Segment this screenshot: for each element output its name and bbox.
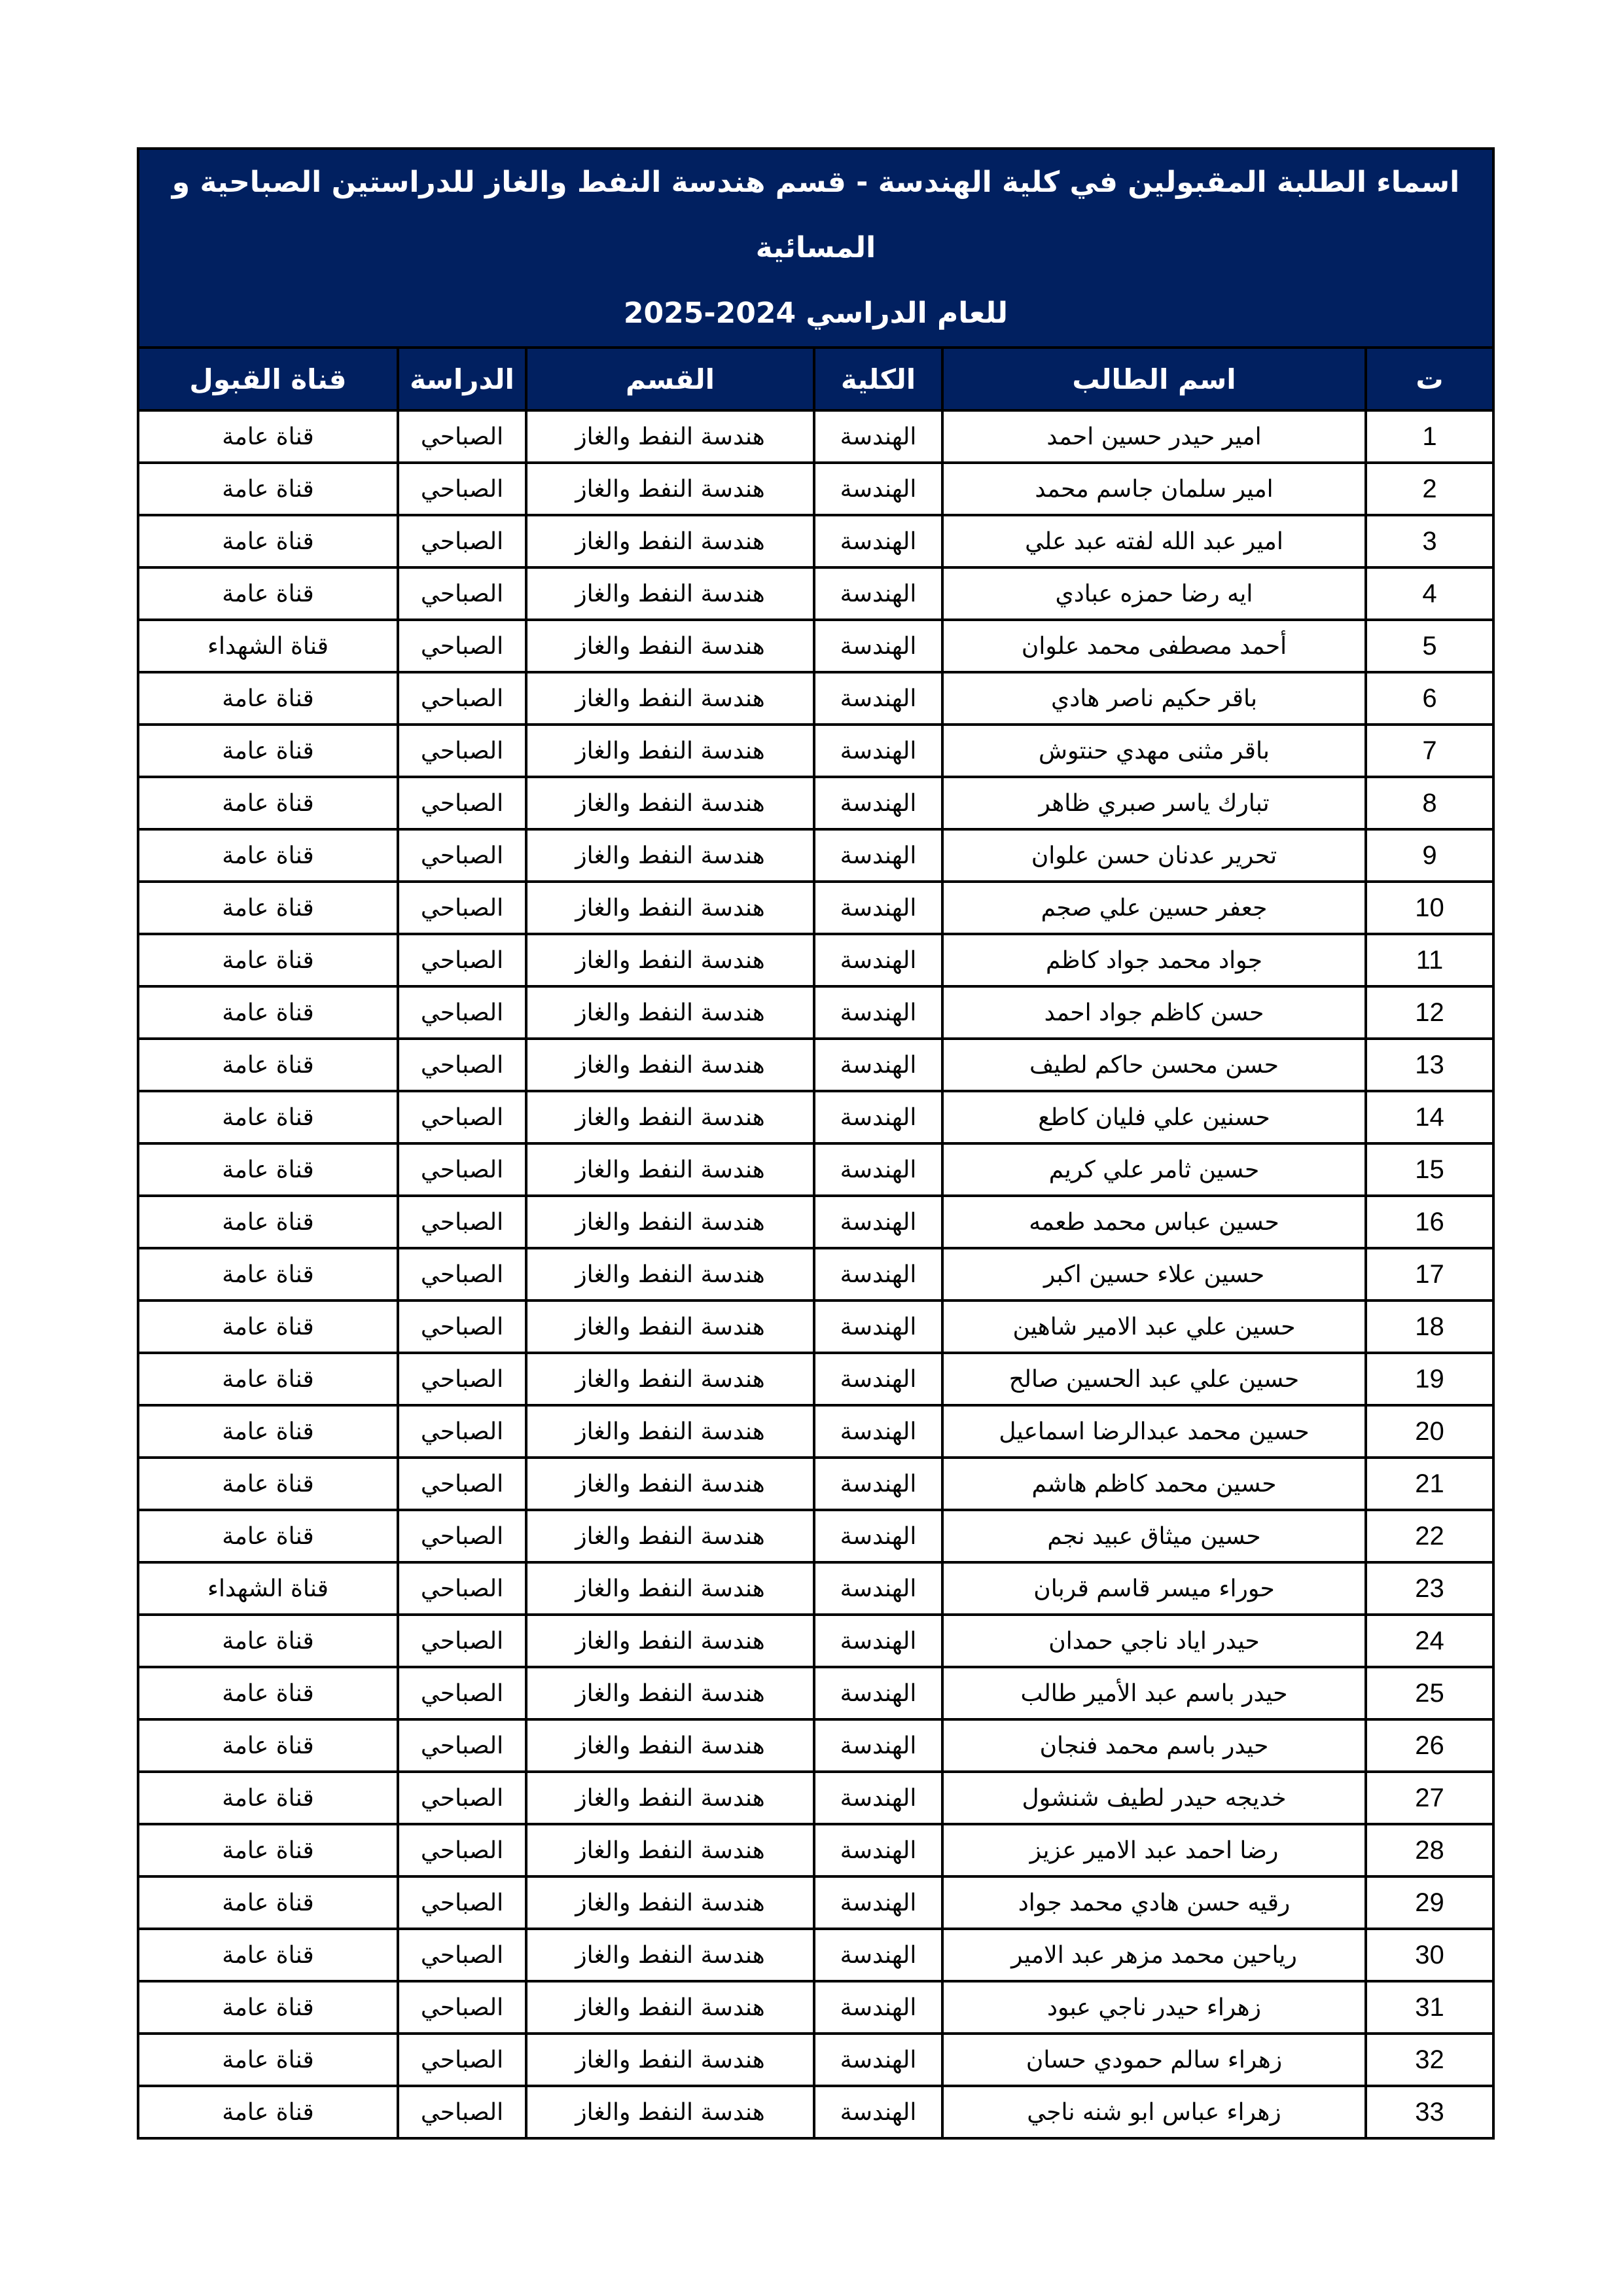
college-cell: الهندسة <box>814 1039 942 1091</box>
admission-channel-cell: قناة عامة <box>138 515 398 567</box>
student-name-cell: حيدر باسم عبد الأمير طالب <box>942 1667 1366 1719</box>
college-cell: الهندسة <box>814 777 942 829</box>
student-name-cell: تبارك ياسر صبري ظاهر <box>942 777 1366 829</box>
row-number-cell: 22 <box>1366 1510 1493 1562</box>
document-title: اسماء الطلبة المقبولين في كلية الهندسة -… <box>138 149 1493 348</box>
department-cell: هندسة النفط والغاز <box>526 463 814 515</box>
row-number-cell: 23 <box>1366 1562 1493 1615</box>
college-cell: الهندسة <box>814 620 942 672</box>
table-row: 11جواد محمد جواد كاظمالهندسةهندسة النفط … <box>138 934 1493 986</box>
admission-channel-cell: قناة عامة <box>138 1248 398 1300</box>
column-header-department: القسم <box>526 348 814 410</box>
row-number-cell: 10 <box>1366 882 1493 934</box>
student-name-cell: زهراء حيدر ناجي عبود <box>942 1981 1366 2034</box>
college-cell: الهندسة <box>814 410 942 463</box>
admission-channel-cell: قناة عامة <box>138 1458 398 1510</box>
department-cell: هندسة النفط والغاز <box>526 1719 814 1772</box>
department-cell: هندسة النفط والغاز <box>526 829 814 882</box>
row-number-cell: 31 <box>1366 1981 1493 2034</box>
student-name-cell: امير سلمان جاسم محمد <box>942 463 1366 515</box>
admission-channel-cell: قناة عامة <box>138 1667 398 1719</box>
study-type-cell: الصباحي <box>398 1458 526 1510</box>
college-cell: الهندسة <box>814 2086 942 2138</box>
table-row: 32زهراء سالم حمودي حسانالهندسةهندسة النف… <box>138 2034 1493 2086</box>
student-name-cell: ايه رضا حمزه عبادي <box>942 567 1366 620</box>
study-type-cell: الصباحي <box>398 1143 526 1196</box>
row-number-cell: 6 <box>1366 672 1493 725</box>
table-row: 13حسن محسن حاكم لطيفالهندسةهندسة النفط و… <box>138 1039 1493 1091</box>
table-row: 22حسين ميثاق عبيد نجمالهندسةهندسة النفط … <box>138 1510 1493 1562</box>
department-cell: هندسة النفط والغاز <box>526 515 814 567</box>
table-row: 18حسين علي عبد الامير شاهينالهندسةهندسة … <box>138 1300 1493 1353</box>
table-row: 1امير حيدر حسين احمدالهندسةهندسة النفط و… <box>138 410 1493 463</box>
college-cell: الهندسة <box>814 1143 942 1196</box>
department-cell: هندسة النفط والغاز <box>526 1981 814 2034</box>
college-cell: الهندسة <box>814 1772 942 1824</box>
admission-channel-cell: قناة عامة <box>138 1353 398 1405</box>
row-number-cell: 12 <box>1366 986 1493 1039</box>
student-name-cell: حيدر باسم محمد فنجان <box>942 1719 1366 1772</box>
title-line-1: اسماء الطلبة المقبولين في كلية الهندسة -… <box>152 150 1479 281</box>
student-name-cell: باقر حكيم ناصر هادي <box>942 672 1366 725</box>
admission-channel-cell: قناة عامة <box>138 1719 398 1772</box>
college-cell: الهندسة <box>814 829 942 882</box>
row-number-cell: 9 <box>1366 829 1493 882</box>
admission-channel-cell: قناة عامة <box>138 882 398 934</box>
study-type-cell: الصباحي <box>398 1405 526 1458</box>
table-row: 8تبارك ياسر صبري ظاهرالهندسةهندسة النفط … <box>138 777 1493 829</box>
study-type-cell: الصباحي <box>398 986 526 1039</box>
student-name-cell: حسين عباس محمد طعمه <box>942 1196 1366 1248</box>
admission-channel-cell: قناة عامة <box>138 1143 398 1196</box>
admission-channel-cell: قناة عامة <box>138 986 398 1039</box>
row-number-cell: 5 <box>1366 620 1493 672</box>
student-name-cell: حسين ميثاق عبيد نجم <box>942 1510 1366 1562</box>
admission-channel-cell: قناة عامة <box>138 777 398 829</box>
college-cell: الهندسة <box>814 1405 942 1458</box>
table-row: 21حسين محمد كاظم هاشمالهندسةهندسة النفط … <box>138 1458 1493 1510</box>
study-type-cell: الصباحي <box>398 1772 526 1824</box>
study-type-cell: الصباحي <box>398 1510 526 1562</box>
department-cell: هندسة النفط والغاز <box>526 1562 814 1615</box>
department-cell: هندسة النفط والغاز <box>526 620 814 672</box>
row-number-cell: 24 <box>1366 1615 1493 1667</box>
table-row: 19حسين علي عبد الحسين صالحالهندسةهندسة ا… <box>138 1353 1493 1405</box>
department-cell: هندسة النفط والغاز <box>526 986 814 1039</box>
row-number-cell: 7 <box>1366 725 1493 777</box>
table-row: 6باقر حكيم ناصر هاديالهندسةهندسة النفط و… <box>138 672 1493 725</box>
study-type-cell: الصباحي <box>398 829 526 882</box>
college-cell: الهندسة <box>814 567 942 620</box>
admission-channel-cell: قناة عامة <box>138 463 398 515</box>
department-cell: هندسة النفط والغاز <box>526 2086 814 2138</box>
table-row: 14حسنين علي فليان كاطعالهندسةهندسة النفط… <box>138 1091 1493 1143</box>
student-name-cell: زهراء عباس ابو شنه ناجي <box>942 2086 1366 2138</box>
study-type-cell: الصباحي <box>398 1876 526 1929</box>
department-cell: هندسة النفط والغاز <box>526 1353 814 1405</box>
row-number-cell: 16 <box>1366 1196 1493 1248</box>
row-number-cell: 25 <box>1366 1667 1493 1719</box>
college-cell: الهندسة <box>814 1300 942 1353</box>
title-line-2: للعام الدراسي 2024-2025 <box>152 281 1479 346</box>
study-type-cell: الصباحي <box>398 567 526 620</box>
college-cell: الهندسة <box>814 1719 942 1772</box>
study-type-cell: الصباحي <box>398 1562 526 1615</box>
department-cell: هندسة النفط والغاز <box>526 725 814 777</box>
admission-channel-cell: قناة الشهداء <box>138 620 398 672</box>
college-cell: الهندسة <box>814 882 942 934</box>
row-number-cell: 1 <box>1366 410 1493 463</box>
study-type-cell: الصباحي <box>398 777 526 829</box>
college-cell: الهندسة <box>814 1981 942 2034</box>
college-cell: الهندسة <box>814 1248 942 1300</box>
student-name-cell: حسين علي عبد الامير شاهين <box>942 1300 1366 1353</box>
student-name-cell: رقيه حسن هادي محمد جواد <box>942 1876 1366 1929</box>
admission-channel-cell: قناة عامة <box>138 672 398 725</box>
student-name-cell: حسين محمد عبدالرضا اسماعيل <box>942 1405 1366 1458</box>
table-row: 23حوراء ميسر قاسم قربانالهندسةهندسة النف… <box>138 1562 1493 1615</box>
college-cell: الهندسة <box>814 986 942 1039</box>
department-cell: هندسة النفط والغاز <box>526 1143 814 1196</box>
student-name-cell: حسين محمد كاظم هاشم <box>942 1458 1366 1510</box>
study-type-cell: الصباحي <box>398 1615 526 1667</box>
college-cell: الهندسة <box>814 1876 942 1929</box>
college-cell: الهندسة <box>814 1615 942 1667</box>
row-number-cell: 19 <box>1366 1353 1493 1405</box>
table-row: 9تحرير عدنان حسن علوانالهندسةهندسة النفط… <box>138 829 1493 882</box>
college-cell: الهندسة <box>814 1824 942 1876</box>
student-name-cell: باقر مثنى مهدي حنتوش <box>942 725 1366 777</box>
row-number-cell: 28 <box>1366 1824 1493 1876</box>
admission-channel-cell: قناة عامة <box>138 1300 398 1353</box>
student-name-cell: حسين علاء حسين اكبر <box>942 1248 1366 1300</box>
department-cell: هندسة النفط والغاز <box>526 1824 814 1876</box>
college-cell: الهندسة <box>814 672 942 725</box>
table-row: 20حسين محمد عبدالرضا اسماعيلالهندسةهندسة… <box>138 1405 1493 1458</box>
row-number-cell: 13 <box>1366 1039 1493 1091</box>
admission-channel-cell: قناة عامة <box>138 934 398 986</box>
student-name-cell: رضا احمد عبد الامير عزيز <box>942 1824 1366 1876</box>
study-type-cell: الصباحي <box>398 672 526 725</box>
department-cell: هندسة النفط والغاز <box>526 934 814 986</box>
column-header-row: ت اسم الطالب الكلية القسم الدراسة قناة ا… <box>138 348 1493 410</box>
row-number-cell: 15 <box>1366 1143 1493 1196</box>
row-number-cell: 29 <box>1366 1876 1493 1929</box>
college-cell: الهندسة <box>814 1458 942 1510</box>
admission-channel-cell: قناة عامة <box>138 567 398 620</box>
admission-channel-cell: قناة عامة <box>138 1615 398 1667</box>
college-cell: الهندسة <box>814 1562 942 1615</box>
table-row: 31زهراء حيدر ناجي عبودالهندسةهندسة النفط… <box>138 1981 1493 2034</box>
department-cell: هندسة النفط والغاز <box>526 1615 814 1667</box>
college-cell: الهندسة <box>814 1510 942 1562</box>
column-header-number: ت <box>1366 348 1493 410</box>
department-cell: هندسة النفط والغاز <box>526 1667 814 1719</box>
student-name-cell: حسين علي عبد الحسين صالح <box>942 1353 1366 1405</box>
table-row: 12حسن كاظم جواد احمدالهندسةهندسة النفط و… <box>138 986 1493 1039</box>
table-row: 33زهراء عباس ابو شنه ناجيالهندسةهندسة ال… <box>138 2086 1493 2138</box>
study-type-cell: الصباحي <box>398 410 526 463</box>
department-cell: هندسة النفط والغاز <box>526 1929 814 1981</box>
department-cell: هندسة النفط والغاز <box>526 672 814 725</box>
title-row: اسماء الطلبة المقبولين في كلية الهندسة -… <box>138 149 1493 348</box>
row-number-cell: 33 <box>1366 2086 1493 2138</box>
department-cell: هندسة النفط والغاز <box>526 567 814 620</box>
college-cell: الهندسة <box>814 1667 942 1719</box>
study-type-cell: الصباحي <box>398 1824 526 1876</box>
study-type-cell: الصباحي <box>398 2086 526 2138</box>
department-cell: هندسة النفط والغاز <box>526 882 814 934</box>
student-name-cell: جواد محمد جواد كاظم <box>942 934 1366 986</box>
study-type-cell: الصباحي <box>398 463 526 515</box>
department-cell: هندسة النفط والغاز <box>526 1248 814 1300</box>
table-row: 10جعفر حسين علي صجمالهندسةهندسة النفط وا… <box>138 882 1493 934</box>
department-cell: هندسة النفط والغاز <box>526 1772 814 1824</box>
table-row: 25حيدر باسم عبد الأمير طالبالهندسةهندسة … <box>138 1667 1493 1719</box>
table-row: 2امير سلمان جاسم محمدالهندسةهندسة النفط … <box>138 463 1493 515</box>
column-header-study: الدراسة <box>398 348 526 410</box>
department-cell: هندسة النفط والغاز <box>526 410 814 463</box>
admission-channel-cell: قناة عامة <box>138 1824 398 1876</box>
row-number-cell: 21 <box>1366 1458 1493 1510</box>
admission-channel-cell: قناة عامة <box>138 1196 398 1248</box>
student-name-cell: أحمد مصطفى محمد علوان <box>942 620 1366 672</box>
college-cell: الهندسة <box>814 934 942 986</box>
study-type-cell: الصباحي <box>398 1353 526 1405</box>
admission-channel-cell: قناة عامة <box>138 2034 398 2086</box>
row-number-cell: 27 <box>1366 1772 1493 1824</box>
row-number-cell: 4 <box>1366 567 1493 620</box>
row-number-cell: 14 <box>1366 1091 1493 1143</box>
study-type-cell: الصباحي <box>398 1091 526 1143</box>
study-type-cell: الصباحي <box>398 2034 526 2086</box>
study-type-cell: الصباحي <box>398 1039 526 1091</box>
row-number-cell: 8 <box>1366 777 1493 829</box>
student-name-cell: حسين ثامر علي كريم <box>942 1143 1366 1196</box>
department-cell: هندسة النفط والغاز <box>526 1091 814 1143</box>
admission-channel-cell: قناة عامة <box>138 1772 398 1824</box>
row-number-cell: 30 <box>1366 1929 1493 1981</box>
college-cell: الهندسة <box>814 725 942 777</box>
college-cell: الهندسة <box>814 2034 942 2086</box>
college-cell: الهندسة <box>814 463 942 515</box>
table-row: 17حسين علاء حسين اكبرالهندسةهندسة النفط … <box>138 1248 1493 1300</box>
student-name-cell: رياحين محمد مزهر عبد الامير <box>942 1929 1366 1981</box>
admission-channel-cell: قناة عامة <box>138 1981 398 2034</box>
table-row: 28رضا احمد عبد الامير عزيزالهندسةهندسة ا… <box>138 1824 1493 1876</box>
row-number-cell: 32 <box>1366 2034 1493 2086</box>
admission-channel-cell: قناة عامة <box>138 829 398 882</box>
study-type-cell: الصباحي <box>398 1196 526 1248</box>
admission-channel-cell: قناة عامة <box>138 2086 398 2138</box>
department-cell: هندسة النفط والغاز <box>526 1405 814 1458</box>
table-row: 5أحمد مصطفى محمد علوانالهندسةهندسة النفط… <box>138 620 1493 672</box>
column-header-student-name: اسم الطالب <box>942 348 1366 410</box>
student-name-cell: امير عبد الله لفته عبد علي <box>942 515 1366 567</box>
row-number-cell: 11 <box>1366 934 1493 986</box>
study-type-cell: الصباحي <box>398 1300 526 1353</box>
department-cell: هندسة النفط والغاز <box>526 1510 814 1562</box>
students-table: اسماء الطلبة المقبولين في كلية الهندسة -… <box>137 147 1495 2140</box>
table-row: 16حسين عباس محمد طعمهالهندسةهندسة النفط … <box>138 1196 1493 1248</box>
table-row: 4ايه رضا حمزه عباديالهندسةهندسة النفط وا… <box>138 567 1493 620</box>
department-cell: هندسة النفط والغاز <box>526 1876 814 1929</box>
student-name-cell: جعفر حسين علي صجم <box>942 882 1366 934</box>
department-cell: هندسة النفط والغاز <box>526 1458 814 1510</box>
student-name-cell: حيدر اياد ناجي حمدان <box>942 1615 1366 1667</box>
study-type-cell: الصباحي <box>398 1929 526 1981</box>
college-cell: الهندسة <box>814 1929 942 1981</box>
study-type-cell: الصباحي <box>398 1981 526 2034</box>
student-name-cell: حسنين علي فليان كاطع <box>942 1091 1366 1143</box>
department-cell: هندسة النفط والغاز <box>526 1300 814 1353</box>
college-cell: الهندسة <box>814 1196 942 1248</box>
student-name-cell: خديجه حيدر لطيف شنشول <box>942 1772 1366 1824</box>
college-cell: الهندسة <box>814 1091 942 1143</box>
table-row: 7باقر مثنى مهدي حنتوشالهندسةهندسة النفط … <box>138 725 1493 777</box>
student-name-cell: حوراء ميسر قاسم قربان <box>942 1562 1366 1615</box>
column-header-admission-channel: قناة القبول <box>138 348 398 410</box>
department-cell: هندسة النفط والغاز <box>526 2034 814 2086</box>
row-number-cell: 20 <box>1366 1405 1493 1458</box>
department-cell: هندسة النفط والغاز <box>526 777 814 829</box>
study-type-cell: الصباحي <box>398 1719 526 1772</box>
admission-channel-cell: قناة عامة <box>138 1876 398 1929</box>
department-cell: هندسة النفط والغاز <box>526 1196 814 1248</box>
student-name-cell: زهراء سالم حمودي حسان <box>942 2034 1366 2086</box>
row-number-cell: 17 <box>1366 1248 1493 1300</box>
study-type-cell: الصباحي <box>398 725 526 777</box>
admission-channel-cell: قناة عامة <box>138 1510 398 1562</box>
table-row: 26حيدر باسم محمد فنجانالهندسةهندسة النفط… <box>138 1719 1493 1772</box>
table-row: 29رقيه حسن هادي محمد جوادالهندسةهندسة ال… <box>138 1876 1493 1929</box>
table-row: 24حيدر اياد ناجي حمدانالهندسةهندسة النفط… <box>138 1615 1493 1667</box>
admission-channel-cell: قناة عامة <box>138 1039 398 1091</box>
college-cell: الهندسة <box>814 515 942 567</box>
table-body: 1امير حيدر حسين احمدالهندسةهندسة النفط و… <box>138 410 1493 2138</box>
college-cell: الهندسة <box>814 1353 942 1405</box>
study-type-cell: الصباحي <box>398 1667 526 1719</box>
student-name-cell: تحرير عدنان حسن علوان <box>942 829 1366 882</box>
column-header-college: الكلية <box>814 348 942 410</box>
table-row: 15حسين ثامر علي كريمالهندسةهندسة النفط و… <box>138 1143 1493 1196</box>
row-number-cell: 3 <box>1366 515 1493 567</box>
student-name-cell: امير حيدر حسين احمد <box>942 410 1366 463</box>
study-type-cell: الصباحي <box>398 515 526 567</box>
student-name-cell: حسن كاظم جواد احمد <box>942 986 1366 1039</box>
admission-channel-cell: قناة عامة <box>138 1091 398 1143</box>
student-name-cell: حسن محسن حاكم لطيف <box>942 1039 1366 1091</box>
study-type-cell: الصباحي <box>398 934 526 986</box>
row-number-cell: 26 <box>1366 1719 1493 1772</box>
admission-channel-cell: قناة عامة <box>138 1405 398 1458</box>
study-type-cell: الصباحي <box>398 1248 526 1300</box>
table-row: 3امير عبد الله لفته عبد عليالهندسةهندسة … <box>138 515 1493 567</box>
table-row: 27خديجه حيدر لطيف شنشولالهندسةهندسة النف… <box>138 1772 1493 1824</box>
admission-channel-cell: قناة الشهداء <box>138 1562 398 1615</box>
admission-channel-cell: قناة عامة <box>138 410 398 463</box>
row-number-cell: 18 <box>1366 1300 1493 1353</box>
admitted-students-document: اسماء الطلبة المقبولين في كلية الهندسة -… <box>139 147 1495 2140</box>
study-type-cell: الصباحي <box>398 882 526 934</box>
row-number-cell: 2 <box>1366 463 1493 515</box>
table-row: 30رياحين محمد مزهر عبد الاميرالهندسةهندس… <box>138 1929 1493 1981</box>
admission-channel-cell: قناة عامة <box>138 1929 398 1981</box>
admission-channel-cell: قناة عامة <box>138 725 398 777</box>
department-cell: هندسة النفط والغاز <box>526 1039 814 1091</box>
study-type-cell: الصباحي <box>398 620 526 672</box>
